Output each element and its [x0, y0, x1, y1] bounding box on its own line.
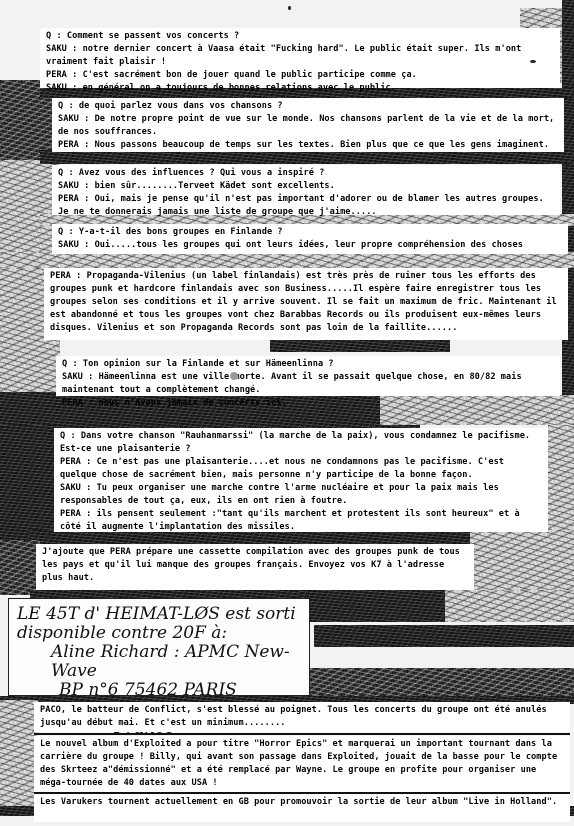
answer-saku: SAKU : Tu peux organiser une marche cont… — [60, 482, 542, 508]
news-item-conflict: PACO, le batteur de Conflict, s'est bles… — [34, 702, 570, 732]
news-text: PACO, le batteur de Conflict, s'est bles… — [40, 704, 564, 730]
note-text: J'ajoute que PERA prépare une cassette c… — [42, 546, 468, 585]
collage-band-5 — [270, 338, 450, 352]
answer-pera: PERA : Nous passons beaucoup de temps su… — [58, 139, 558, 152]
collage-texture-right-3 — [548, 425, 574, 540]
hand-line-contact: Aline Richard : APMC New-Wave — [17, 643, 301, 681]
answer-pera: PERA : nous n'avons jamais de concerts i… — [62, 397, 554, 410]
collage-texture-right-block-2 — [445, 590, 574, 622]
interview-block-rauhanmarssi: Q : Dans votre chanson "Rauhanmarssi" (l… — [54, 428, 548, 532]
answer-saku: SAKU : bien sûr........Terveet Kädet son… — [58, 180, 554, 193]
answer-pera: PERA : C'est sacrément bon de jouer quan… — [46, 69, 554, 82]
answer-saku: SAKU : en général on a toujours de bonne… — [46, 82, 554, 95]
news-text: Les Varukers tournent actuellement en GB… — [40, 796, 564, 809]
collage-texture-right-4 — [470, 530, 574, 595]
collage-band-4 — [0, 252, 574, 268]
question: Q : Dans votre chanson "Rauhanmarssi" (l… — [60, 430, 542, 456]
question: Q : de quoi parlez vous dans vos chanson… — [58, 100, 558, 113]
interview-block-concerts: Q : Comment se passent vos concerts ? SA… — [40, 28, 560, 88]
collage-texture-left-4 — [0, 540, 40, 595]
news-item-varukers: Les Varukers tournent actuellement en GB… — [34, 794, 570, 822]
collage-bar-1 — [314, 625, 574, 647]
question: Q : Comment se passent vos concerts ? — [46, 30, 554, 43]
news-text: Le nouvel album d'Exploited a pour titre… — [40, 738, 564, 790]
note-cassette-compilation: J'ajoute que PERA prépare une cassette c… — [36, 544, 474, 590]
interview-block-hameenlinna: Q : Ton opinion sur la Finlande et sur H… — [56, 356, 560, 396]
news-item-exploited: Le nouvel album d'Exploited a pour titre… — [34, 736, 570, 792]
interview-block-propaganda: PERA : Propaganda-Vilenius (un label fin… — [44, 268, 568, 340]
question: Q : Avez vous des influences ? Qui vous … — [58, 167, 554, 180]
answer-saku: SAKU : notre dernier concert à Vaasa éta… — [46, 43, 554, 69]
answer-saku: SAKU : Oui.....tous les groupes qui ont … — [58, 239, 562, 252]
handwritten-announcement-heimat-los: LE 45T d' HEIMAT-LØS est sorti disponibl… — [8, 598, 310, 696]
collage-bar-2 — [308, 668, 574, 698]
collage-band-2 — [40, 150, 574, 164]
fanzine-page: Q : Comment se passent vos concerts ? SA… — [0, 0, 574, 826]
question: Q : Ton opinion sur la Finlande et sur H… — [62, 358, 554, 371]
answer-pera: PERA : Propaganda-Vilenius (un label fin… — [50, 270, 562, 335]
answer-pera: PERA : ils pensent seulement :"tant qu'i… — [60, 508, 542, 534]
answer-pera: PERA : Oui, mais je pense qu'il n'est pa… — [58, 193, 554, 219]
collage-texture-right-block-1 — [300, 590, 445, 622]
answer-saku: SAKU : Hämeenlinna est une ville morte. … — [62, 371, 554, 397]
interview-block-finlande-groupes: Q : Y-a-t-il des bons groupes en Finland… — [52, 224, 568, 254]
photocopy-speck — [530, 60, 536, 63]
interview-block-chansons: Q : de quoi parlez vous dans vos chanson… — [52, 98, 564, 152]
divider — [34, 733, 570, 735]
photocopy-speck — [230, 372, 238, 380]
answer-pera: PERA : Ce n'est pas une plaisanterie....… — [60, 456, 542, 482]
collage-texture-left-3 — [0, 425, 56, 540]
hand-line-price: disponible contre 20F à: — [17, 624, 301, 643]
interview-block-influences: Q : Avez vous des influences ? Qui vous … — [52, 165, 560, 215]
hand-line-release: LE 45T d' HEIMAT-LØS est sorti — [17, 605, 301, 624]
answer-saku: SAKU : De notre propre point de vue sur … — [58, 113, 558, 139]
collage-texture-right-edge — [562, 0, 574, 420]
question: Q : Y-a-t-il des bons groupes en Finland… — [58, 226, 562, 239]
photocopy-speck — [288, 6, 291, 10]
